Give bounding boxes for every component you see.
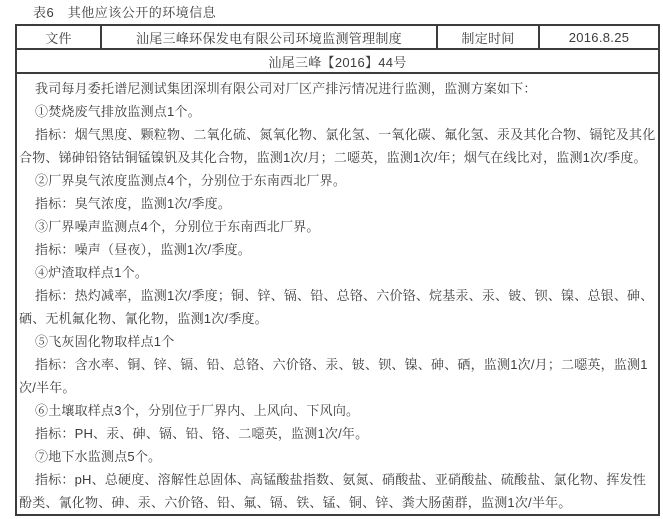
paragraph-point6-indicators: 指标：PH、汞、砷、镉、铅、铬、二噁英，监测1次/年。 — [19, 422, 656, 445]
table-header-row: 文件 汕尾三峰环保发电有限公司环境监测管理制度 制定时间 2016.8.25 — [16, 25, 659, 49]
monitoring-plan-cell: 我司每月委托谱尼测试集团深圳有限公司对厂区产排污情况进行监测，监测方案如下： ①… — [16, 73, 659, 515]
paragraph-point2: ②厂界臭气浓度监测点4个，分别位于东南西北厂界。 — [19, 169, 656, 192]
paragraph-point4-indicators: 指标：热灼减率，监测1次/季度；铜、锌、镉、铅、总铬、六价铬、烷基汞、汞、铍、钡… — [19, 284, 656, 330]
date-label-cell: 制定时间 — [437, 25, 539, 49]
doc-number-cell: 汕尾三峰【2016】44号 — [16, 49, 659, 73]
table-body-row: 我司每月委托谱尼测试集团深圳有限公司对厂区产排污情况进行监测，监测方案如下： ①… — [16, 73, 659, 515]
paragraph-point7-indicators: 指标：pH、总硬度、溶解性总固体、高锰酸盐指数、氨氮、硝酸盐、亚硝酸盐、硫酸盐、… — [19, 468, 656, 514]
paragraph-point5: ⑤飞灰固化物取样点1个 — [19, 330, 656, 353]
paragraph-point2-indicators: 指标：臭气浓度，监测1次/季度。 — [19, 192, 656, 215]
table-caption: 表6 其他应该公开的环境信息 — [33, 5, 216, 21]
paragraph-point3-indicators: 指标：噪声（昼夜），监测1次/季度。 — [19, 238, 656, 261]
paragraph-point3: ③厂界噪声监测点4个，分别位于东南西北厂界。 — [19, 215, 656, 238]
document-page: 表6 其他应该公开的环境信息 文件 汕尾三峰环保发电有限公司环境监测管理制度 制… — [0, 0, 663, 519]
paragraph-point7: ⑦地下水监测点5个。 — [19, 445, 656, 468]
date-value-cell: 2016.8.25 — [539, 25, 659, 49]
file-value-cell: 汕尾三峰环保发电有限公司环境监测管理制度 — [101, 25, 437, 49]
paragraph-point4: ④炉渣取样点1个。 — [19, 261, 656, 284]
doc-number-row: 汕尾三峰【2016】44号 — [16, 49, 659, 73]
paragraph-point1-indicators: 指标：烟气黑度、颗粒物、二氧化硫、氮氧化物、氯化氢、一氧化碳、氟化氢、汞及其化合… — [19, 123, 656, 169]
file-label-cell: 文件 — [16, 25, 101, 49]
paragraph-intro: 我司每月委托谱尼测试集团深圳有限公司对厂区产排污情况进行监测，监测方案如下： — [19, 77, 656, 100]
paragraph-point1: ①焚烧废气排放监测点1个。 — [19, 100, 656, 123]
environment-info-table: 文件 汕尾三峰环保发电有限公司环境监测管理制度 制定时间 2016.8.25 汕… — [15, 24, 660, 516]
paragraph-point6: ⑥土壤取样点3个，分别位于厂界内、上风向、下风向。 — [19, 399, 656, 422]
paragraph-point5-indicators: 指标：含水率、铜、锌、镉、铅、总铬、六价铬、汞、铍、钡、镍、砷、硒，监测1次/月… — [19, 353, 656, 399]
